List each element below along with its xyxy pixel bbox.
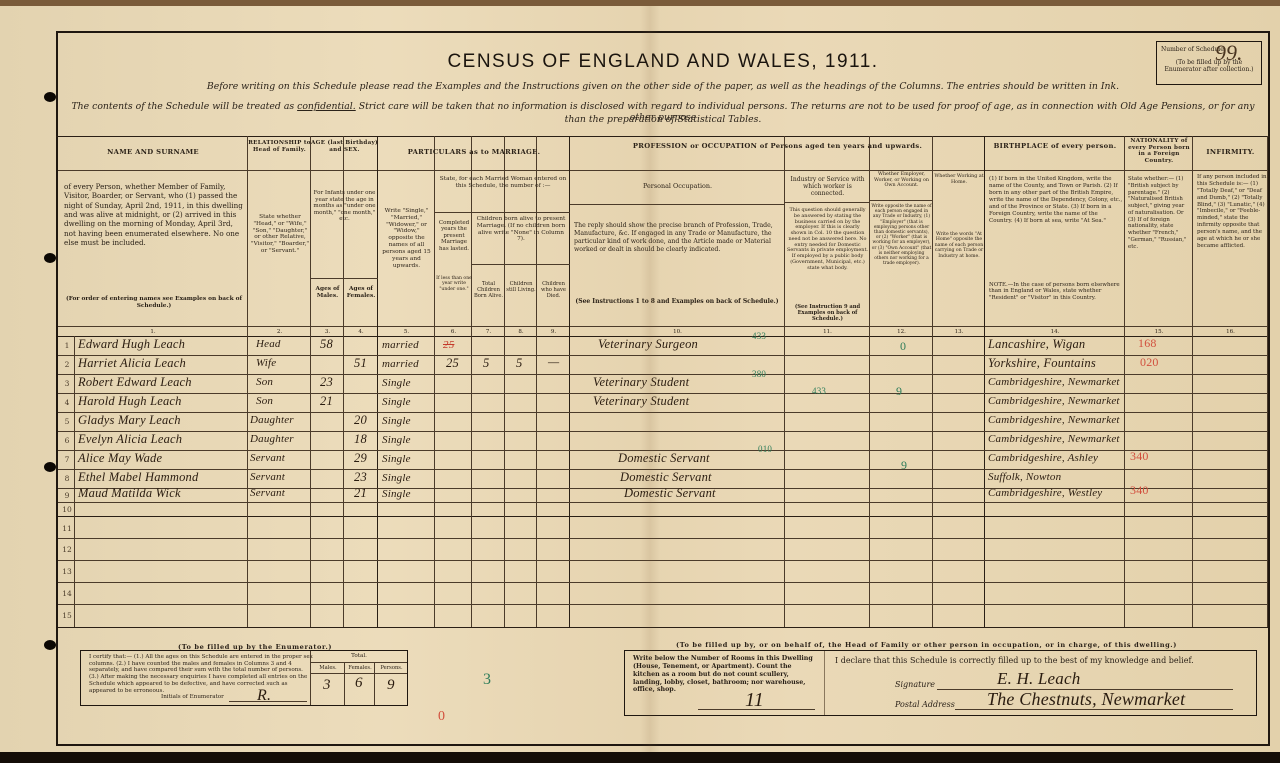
person-name: Alice May Wade [78,451,162,466]
green-check-mark: 3 [483,671,491,689]
years-married-struck: 25 [443,339,454,351]
relationship: Son [256,395,273,407]
column-number: 16. [1193,329,1268,335]
infirmity-instructions: If any person included in this Schedule … [1197,174,1267,250]
punch-hole [44,462,56,472]
industry-header: Industry or Service with which worker is… [787,176,868,197]
relationship: Servant [250,452,285,464]
punch-hole [44,92,56,102]
total-males: 3 [323,677,331,694]
marital-status: Single [382,472,411,484]
children-group-header: Children born alive to present Marriage.… [474,216,568,243]
header-age: AGE (last Birthday) and SEX. [311,140,378,153]
working-at-home-instructions: Write the words "At Home" opposite the n… [934,232,984,259]
marital-status: Single [382,396,411,408]
employer-status-header: Whether Employer, Worker, or Working on … [871,172,932,189]
confidential-word: confidential. [297,101,356,112]
total-label: Total. [311,653,407,659]
children-living: 5 [516,356,522,371]
occupation: Veterinary Surgeon [598,337,698,352]
column-number: 14. [985,329,1125,335]
column-number: 1. [58,329,248,335]
marital-status: married [382,358,419,370]
marital-status: Single [382,415,411,427]
row-number: 8 [61,474,73,483]
column-number: 15. [1125,329,1193,335]
person-name: Harriet Alicia Leach [78,356,186,371]
row-number: 15 [61,611,73,620]
header-occupation: PROFESSION or OCCUPATION of Persons aged… [570,142,985,150]
page-edge [0,752,1280,763]
row-number: 7 [61,455,73,464]
marital-status: Single [382,434,411,446]
employer-status-instructions: Write opposite the name of each person e… [871,204,932,266]
column-number: 5. [378,329,435,335]
age-male: 23 [320,375,333,390]
initials-label: Initials of Enumerator [161,694,224,700]
header-birthplace: BIRTHPLACE of every person. [985,142,1125,150]
punch-hole [44,640,56,650]
age-female: 20 [354,413,367,428]
row-number: 2 [61,360,73,369]
declaration-section: I declare that this Schedule is correctl… [824,651,1256,715]
number-of-rooms: 11 [745,689,764,712]
householder-box: Write below the Number of Rooms in this … [624,650,1257,716]
postal-address-label: Postal Address [895,700,955,709]
name-column-note: (For order of entering names see Example… [64,296,244,310]
industry-code: 433 [812,386,826,396]
age-female: 23 [354,470,367,485]
column-number: 13. [933,329,985,335]
total-born-alive-header: Total Children Born Alive. [472,281,505,299]
person-name: Maud Matilda Wick [78,486,181,501]
declaration-text: I declare that this Schedule is correctl… [835,656,1194,665]
occupation: Domestic Servant [620,470,712,485]
name-column-instructions: of every Person, whether Member of Famil… [64,182,244,248]
birthplace: Cambridgeshire, Ashley [988,452,1098,464]
column-number: 12. [870,329,933,335]
children-born-alive: 5 [483,356,489,371]
signature-label: Signature [895,680,935,689]
row-number: 11 [61,524,73,533]
schedule-number-label: Number of Schedule [1161,47,1257,54]
row-number: 3 [61,379,73,388]
employer-status: 0 [900,339,906,354]
age-female: 18 [354,432,367,447]
marital-status: Single [382,453,411,465]
nationality-instructions: State whether:— (1) "British subject by … [1128,176,1191,250]
birthplace-code: 168 [1138,336,1157,351]
row-number: 13 [61,567,73,576]
birthplace: Cambridgeshire, Newmarket [988,433,1120,445]
person-name: Edward Hugh Leach [78,337,185,352]
householder-heading: (To be filled up by, or on behalf of, th… [676,641,1177,649]
ages-of-males-label: Ages of Males. [311,286,344,300]
relationship: Son [256,376,273,388]
person-name: Ethel Mabel Hammond [78,470,198,485]
column-number: 7. [472,329,505,335]
age-male: 58 [320,337,333,352]
years-married-note: If less than one year write "under one." [436,276,472,292]
schedule-number-note: (To be filled up by the Enumerator after… [1161,60,1257,74]
relationship: Servant [250,487,285,499]
census-schedule-page: CENSUS OF ENGLAND AND WALES, 1911. Befor… [0,0,1280,752]
total-females: 6 [355,675,363,692]
years-married-header: Completed years the present Marriage has… [436,220,472,252]
column-number: 4. [344,329,378,335]
header-marriage: PARTICULARS as to MARRIAGE. [378,148,570,156]
postal-address: The Chestnuts, Newmarket [987,689,1185,710]
industry-instructions: This question should generally be answer… [787,208,868,272]
person-name: Robert Edward Leach [78,375,192,390]
total-persons: 9 [387,677,395,694]
birthplace: Cambridgeshire, Newmarket [988,414,1120,426]
age-instructions: For Infants under one year state the age… [313,190,376,223]
years-married: 25 [446,356,459,371]
children-living-header: Children still Living. [505,281,537,293]
marital-status: Single [382,488,411,500]
working-at-home-header: Whether Working at Home. [934,174,984,185]
row-number: 5 [61,417,73,426]
birthplace-code: 020 [1140,355,1159,370]
totals-box: Total. Males. Females. Persons. 3 6 9 [310,651,407,705]
schedule-number-value: 99. [1215,40,1243,65]
relationship: Head [256,338,281,350]
rooms-instructions: Write below the Number of Rooms in this … [633,655,813,694]
occupation-code: 010 [758,444,772,454]
column-number: 6. [435,329,472,335]
red-check-mark: 0 [438,709,445,725]
age-female: 21 [354,486,367,501]
enumerator-certify-text: I certify that:— (1.) All the ages on th… [89,654,314,694]
row-number: 12 [61,545,73,554]
married-woman-group-header: State, for each Married Woman entered on… [438,176,568,190]
children-died-header: Children who have Died. [537,281,570,299]
header-infirmity: INFIRMITY. [1193,148,1268,156]
birthplace: Yorkshire, Fountains [988,356,1096,371]
header-name: NAME AND SURNAME [58,148,248,156]
occupation: Veterinary Student [593,394,689,409]
marital-status: Single [382,377,411,389]
ages-of-females-label: Ages of Females. [344,286,378,300]
marital-status: married [382,339,419,351]
employer-status: 9 [901,458,907,473]
relationship: Wife [256,357,276,369]
persons-label: Persons. [375,665,408,671]
enumerator-certification-box: I certify that:— (1.) All the ages on th… [80,650,408,706]
row-number: 1 [61,341,73,350]
column-number: 9. [537,329,570,335]
personal-occupation-header: Personal Occupation. [570,183,785,191]
column-number: 8. [505,329,537,335]
person-name: Evelyn Alicia Leach [78,432,182,447]
birthplace: Lancashire, Wigan [988,337,1085,352]
row-number: 4 [61,398,73,407]
birthplace: Cambridgeshire, Newmarket [988,395,1120,407]
schedule-number-box: Number of Schedule 99. (To be filled up … [1156,41,1262,85]
person-name: Gladys Mary Leach [78,413,181,428]
column-number: 2. [248,329,311,335]
confidential-notice-line2: than the preparation of Statistical Tabl… [58,114,1268,125]
relationship: Daughter [250,433,294,445]
signature: E. H. Leach [997,669,1080,689]
occupation-code: 380 [752,369,766,379]
column-number: 3. [311,329,344,335]
row-number: 14 [61,589,73,598]
person-name: Harold Hugh Leach [78,394,182,409]
employer-status: 9 [896,384,902,399]
marital-status-instructions: Write "Single," "Married," "Widower," or… [380,208,433,269]
age-male: 21 [320,394,333,409]
schedule-frame: CENSUS OF ENGLAND AND WALES, 1911. Befor… [56,31,1270,746]
children-died: — [548,355,559,370]
punch-hole [44,253,56,263]
relationship: Daughter [250,414,294,426]
occupation-code: 433 [752,331,766,341]
enumerator-initials: R. [257,687,271,705]
industry-note: (See Instruction 9 and Examples on back … [787,304,868,322]
row-number: 6 [61,436,73,445]
birthplace: Suffolk, Nowton [988,471,1061,483]
occupation: Veterinary Student [593,375,689,390]
age-female: 51 [354,356,367,371]
personal-occupation-instructions: The reply should show the precise branch… [574,222,780,254]
birthplace-note: NOTE.—In the case of persons born elsewh… [989,282,1123,301]
header-nationality: NATIONALITY of every Person born in a Fo… [1125,138,1193,164]
row-number: 9 [61,491,73,500]
row-number: 10 [61,505,73,514]
instruction-line: Before writing on this Schedule please r… [58,81,1268,92]
age-female: 29 [354,451,367,466]
occupation: Domestic Servant [618,451,710,466]
occupation: Domestic Servant [624,486,716,501]
birthplace-code: 340 [1130,483,1149,498]
birthplace-instructions: (1) If born in the United Kingdom, write… [989,176,1123,225]
document-title: CENSUS OF ENGLAND AND WALES, 1911. [58,51,1268,73]
personal-occupation-note: (See Instructions 1 to 8 and Examples on… [574,298,780,305]
column-number: 11. [785,329,870,335]
birthplace-code: 340 [1130,449,1149,464]
header-relationship: RELATIONSHIP to Head of Family. [248,140,311,153]
relationship: Servant [250,471,285,483]
birthplace: Cambridgeshire, Westley [988,487,1102,499]
birthplace: Cambridgeshire, Newmarket [988,376,1120,388]
relationship-instructions: State whether "Head," or "Wife," "Son," … [250,214,310,255]
